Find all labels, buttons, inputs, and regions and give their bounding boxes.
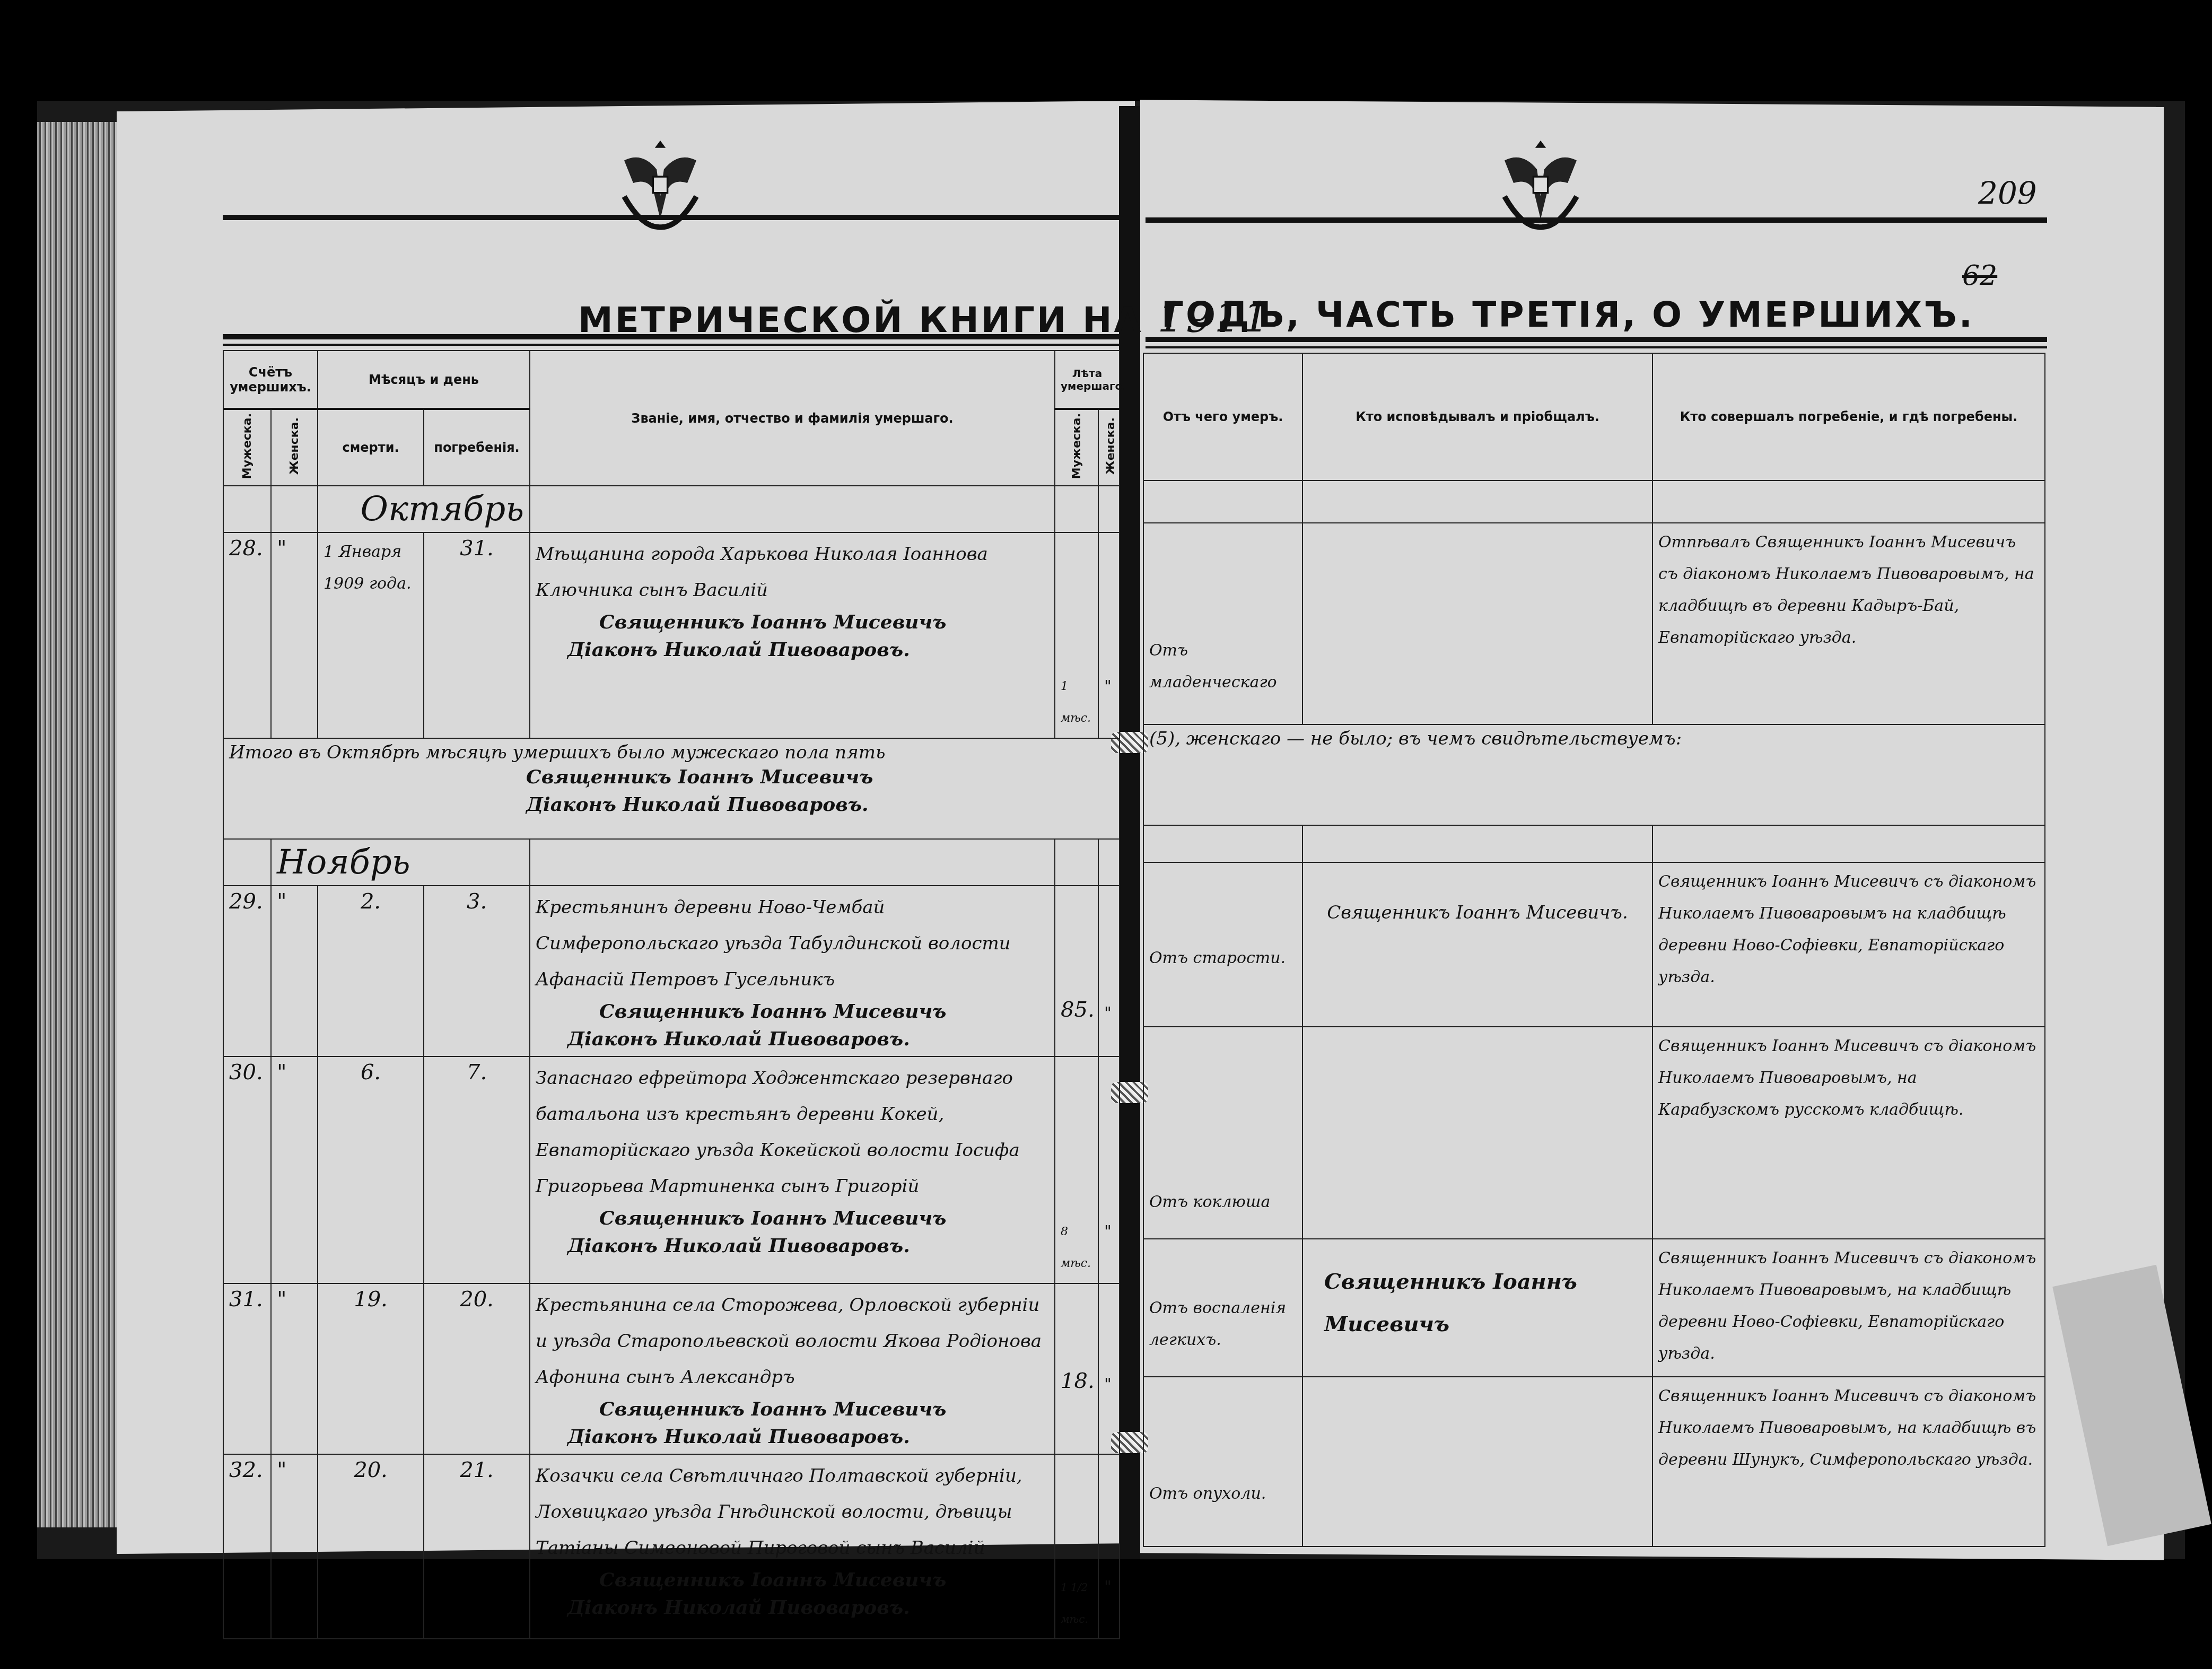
header-age-male: Мужеска.	[1070, 413, 1083, 479]
top-border	[1146, 217, 2047, 223]
entry-confessor	[1302, 1377, 1653, 1546]
month-label: Ноябрь	[277, 843, 410, 882]
priest-signature: Священникъ Іоаннъ Мисевичъ	[536, 998, 1049, 1025]
header-count-female: Женска.	[288, 417, 301, 475]
top-border	[223, 215, 1119, 220]
register-title-right: ГОДЪ, ЧАСТЬ ТРЕТІЯ, О УМЕРШИХЪ.	[1161, 294, 1974, 335]
entry-row: Отъ воспаленія легкихъ. Священникъ Іоанн…	[1143, 1239, 2045, 1377]
entry-burial-date: 20.	[424, 1283, 530, 1454]
entry-age-male: 85.	[1055, 886, 1098, 1056]
entry-male-number: 32.	[223, 1454, 271, 1639]
header-age-female: Женска.	[1104, 417, 1117, 475]
entry-name: Крестьянина села Сторожева, Орловской гу…	[536, 1287, 1049, 1395]
header-death: смерти.	[318, 409, 424, 486]
entry-confessor	[1302, 523, 1653, 724]
entry-female-number: "	[271, 886, 318, 1056]
entry-confessor: Священникъ Іоаннъ Мисевичъ	[1302, 1239, 1653, 1377]
header-name: Званіе, имя, отчество и фамилія умершаго…	[530, 351, 1055, 486]
priest-signature: Священникъ Іоаннъ Мисевичъ	[536, 608, 1049, 636]
entry-death-date: 1 Января 1909 года.	[318, 532, 424, 738]
entry-age-female: "	[1098, 1283, 1120, 1454]
page-number: 209	[1978, 175, 2037, 211]
entry-cause: Отъ коклюша	[1143, 1027, 1302, 1239]
section-row-october: Октябрь	[223, 486, 1120, 532]
entry-age-male: 1 мѣс.	[1055, 532, 1098, 738]
entry-death-date: 6.	[318, 1056, 424, 1283]
header-cause: Отъ чего умеръ.	[1143, 353, 1302, 480]
section-row-november: Ноябрь	[223, 839, 1120, 886]
october-total-row: Итого въ Октябрѣ мѣсяцѣ умершихъ было му…	[223, 738, 1120, 839]
entry-row: 29. " 2. 3. Крестьянинъ деревни Ново-Чем…	[223, 886, 1120, 1056]
header-confessor: Кто исповѣдывалъ и пріобщалъ.	[1302, 353, 1653, 480]
october-total-row: (5), женскаго — не было; въ чемъ свидѣте…	[1143, 724, 2045, 825]
deacon-signature: Діаконъ Николай Пивоваровъ.	[536, 1594, 1049, 1621]
entry-burial-date: 31.	[424, 532, 530, 738]
entry-male-number: 28.	[223, 532, 271, 738]
entry-cause: Отъ старости.	[1143, 862, 1302, 1027]
entry-name: Мѣщанина города Харькова Николая Іоаннов…	[536, 536, 1049, 608]
month-label: Октябрь	[360, 490, 524, 529]
header-month-day: Мѣсяцъ и день	[318, 351, 530, 409]
entry-confessor	[1302, 1027, 1653, 1239]
header-count-male: Мужеска.	[241, 413, 254, 479]
register-table-left: Счётъ умершихъ. Мѣсяцъ и день Званіе, им…	[223, 350, 1120, 1639]
old-page-number: 62	[1962, 260, 1997, 292]
entry-female-number: "	[271, 1454, 318, 1639]
entry-death-date: 2.	[318, 886, 424, 1056]
entry-row: Отъ коклюша Священникъ Іоаннъ Мисевичъ с…	[1143, 1027, 2045, 1239]
header-age: Лѣта умершаго.	[1055, 351, 1120, 409]
entry-row: Отъ старости. Священникъ Іоаннъ Мисевичъ…	[1143, 862, 2045, 1027]
register-table-right: Отъ чего умеръ. Кто исповѣдывалъ и пріоб…	[1143, 353, 2045, 1547]
entry-female-number: "	[271, 1056, 318, 1283]
entry-burial-date: 3.	[424, 886, 530, 1056]
entry-row: 30. " 6. 7. Запаснаго ефрейтора Ходжентс…	[223, 1056, 1120, 1283]
entry-burial-by: Священникъ Іоаннъ Мисевичъ съ діакономъ …	[1653, 862, 2045, 1027]
entry-name: Козачки села Свѣтличнаго Полтавской губе…	[536, 1458, 1049, 1566]
entry-age-male: 8 мѣс.	[1055, 1056, 1098, 1283]
entry-burial-date: 21.	[424, 1454, 530, 1639]
entry-female-number: "	[271, 532, 318, 738]
october-total-text: (5), женскаго — не было; въ чемъ свидѣте…	[1149, 728, 2039, 749]
entry-age-male: 18.	[1055, 1283, 1098, 1454]
entry-row: Отъ опухоли. Священникъ Іоаннъ Мисевичъ …	[1143, 1377, 2045, 1546]
entry-death-date: 19.	[318, 1283, 424, 1454]
priest-signature: Священникъ Іоаннъ Мисевичъ	[536, 1566, 1049, 1594]
entry-burial-by: Священникъ Іоаннъ Мисевичъ съ діакономъ …	[1653, 1377, 2045, 1546]
header-burial-by: Кто совершалъ погребеніе, и гдѣ погребен…	[1653, 353, 2045, 480]
entry-age-male: 1 1/2 мѣс.	[1055, 1454, 1098, 1639]
entry-age-female: "	[1098, 1056, 1120, 1283]
entry-male-number: 29.	[223, 886, 271, 1056]
entry-death-date: 20.	[318, 1454, 424, 1639]
entry-confessor: Священникъ Іоаннъ Мисевичъ.	[1302, 862, 1653, 1027]
october-total-text: Итого въ Октябрѣ мѣсяцѣ умершихъ было му…	[229, 742, 1114, 763]
entry-cause: Отъ воспаленія легкихъ.	[1143, 1239, 1302, 1377]
entry-male-number: 30.	[223, 1056, 271, 1283]
header-count: Счётъ умершихъ.	[223, 351, 318, 409]
entry-row: 32. " 20. 21. Козачки села Свѣтличнаго П…	[223, 1454, 1120, 1639]
entry-row: 31. " 19. 20. Крестьянина села Сторожева…	[223, 1283, 1120, 1454]
deacon-signature: Діаконъ Николай Пивоваровъ.	[536, 636, 1049, 663]
title-rule	[223, 334, 1119, 339]
entry-name: Крестьянинъ деревни Ново-Чембай Симфероп…	[536, 889, 1049, 998]
priest-signature: Священникъ Іоаннъ Мисевичъ	[229, 763, 1114, 791]
entry-male-number: 31.	[223, 1283, 271, 1454]
entry-age-female: "	[1098, 886, 1120, 1056]
entry-cause: Отъ младенческаго	[1143, 523, 1302, 724]
title-rule	[1146, 337, 2047, 342]
entry-row: Отъ младенческаго Отпѣвалъ Священникъ Іо…	[1143, 523, 2045, 724]
priest-signature: Священникъ Іоаннъ Мисевичъ	[536, 1204, 1049, 1232]
entry-burial-date: 7.	[424, 1056, 530, 1283]
header-burial: погребенія.	[424, 409, 530, 486]
priest-signature: Священникъ Іоаннъ Мисевичъ	[536, 1395, 1049, 1423]
entry-name: Запаснаго ефрейтора Ходжентскаго резервн…	[536, 1060, 1049, 1204]
deacon-signature: Діаконъ Николай Пивоваровъ.	[536, 1232, 1049, 1260]
page-stack-edge	[37, 122, 117, 1527]
deacon-signature: Діаконъ Николай Пивоваровъ.	[536, 1025, 1049, 1053]
entry-burial-by: Отпѣвалъ Священникъ Іоаннъ Мисевичъ съ д…	[1653, 523, 2045, 724]
entry-row: 28. " 1 Января 1909 года. 31. Мѣщанина г…	[223, 532, 1120, 738]
title-rule	[223, 344, 1119, 346]
entry-cause: Отъ опухоли.	[1143, 1377, 1302, 1546]
deacon-signature: Діаконъ Николай Пивоваровъ.	[536, 1423, 1049, 1450]
title-rule	[1146, 346, 2047, 348]
entry-female-number: "	[271, 1283, 318, 1454]
entry-burial-by: Священникъ Іоаннъ Мисевичъ съ діакономъ …	[1653, 1027, 2045, 1239]
entry-age-female: "	[1098, 1454, 1120, 1639]
deacon-signature: Діаконъ Николай Пивоваровъ.	[229, 791, 1114, 818]
entry-burial-by: Священникъ Іоаннъ Мисевичъ съ діакономъ …	[1653, 1239, 2045, 1377]
entry-age-female: "	[1098, 532, 1120, 738]
